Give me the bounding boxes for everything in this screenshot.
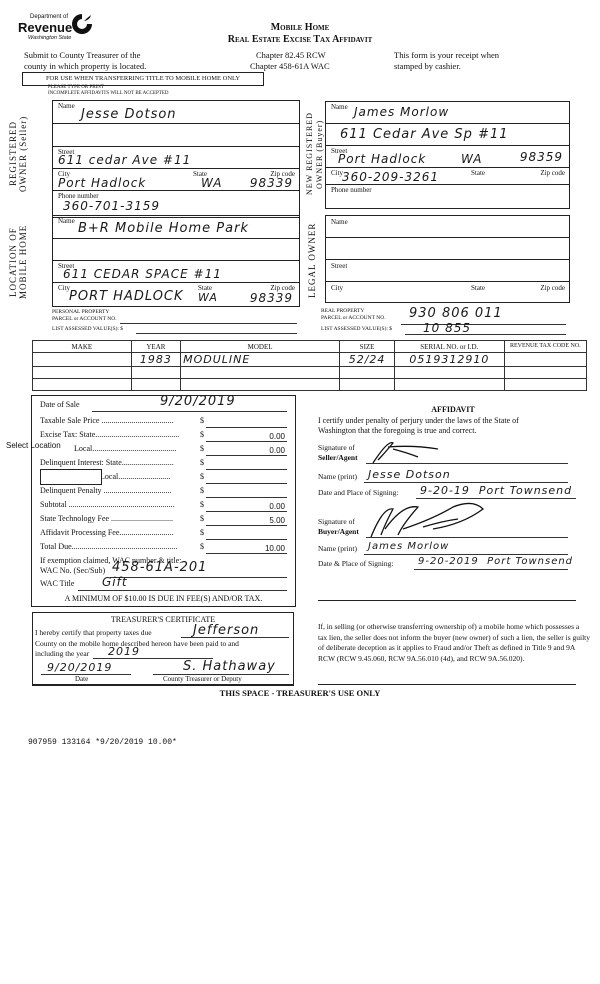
seller-date-place-field[interactable]: Date and Place of Signing: 9-20-19 Port … <box>318 486 588 500</box>
location-street-value: 611 CEDAR SPACE #11 <box>63 267 222 281</box>
warning-bottom-rule <box>318 684 576 685</box>
dor-logo: Department of Revenue Washington State <box>18 14 98 44</box>
table-row <box>33 367 587 379</box>
seller-state-value: WA <box>201 176 222 190</box>
fee-taxable-sale-price[interactable]: Taxable Sale Price .....................… <box>40 416 287 429</box>
tax-lien-warning: If, in selling (or otherwise transferrin… <box>318 622 590 664</box>
seller-line2-field[interactable] <box>53 124 299 147</box>
legal-owner-line2-field[interactable] <box>326 238 569 260</box>
fees-box: Date of Sale 9/20/2019 Taxable Sale Pric… <box>31 395 296 607</box>
buyer-street-state: WA <box>461 152 482 166</box>
mobile-home-table: MAKE YEAR MODEL SIZE SERIAL NO. or I.D. … <box>32 340 587 391</box>
title-transfer-banner: FOR USE WHEN TRANSFERRING TITLE TO MOBIL… <box>22 72 264 86</box>
logo-line2: Revenue <box>18 20 72 35</box>
location-box: Name B+R Mobile Home Park Street 611 CED… <box>52 215 300 307</box>
fee-excise-local[interactable]: Local...................................… <box>40 444 287 457</box>
buyer-city-value: 360-209-3261 <box>342 170 439 184</box>
location-line2-field[interactable] <box>53 239 299 261</box>
affidavit-section: AFFIDAVIT I certify under penalty of per… <box>318 405 588 610</box>
real-property-section: REAL PROPERTY PARCEL or ACCOUNT NO. 930 … <box>321 307 566 337</box>
seller-section-label: REGISTERED OWNER (Seller) <box>8 104 30 204</box>
seller-city-field[interactable]: City State Zip code Port Hadlock WA 9833… <box>53 169 299 191</box>
location-name-field[interactable]: Name B+R Mobile Home Park <box>53 216 299 239</box>
personal-property-section: PERSONAL PROPERTY PARCEL or ACCOUNT NO. … <box>52 309 297 337</box>
real-parcel-value: 930 806 011 <box>409 306 503 321</box>
cell-revenue-code[interactable] <box>504 353 586 367</box>
treasurer-county-value: Jefferson <box>193 623 259 638</box>
seller-signature-field[interactable]: Signature of Seller/Agent <box>318 443 568 467</box>
seller-name-print-field[interactable]: Name (print) Jesse Dotson <box>318 471 568 483</box>
treasurer-use-only: THIS SPACE - TREASURER'S USE ONLY <box>0 688 600 698</box>
buyer-phone-field[interactable]: Phone number <box>326 185 569 209</box>
seller-box: Name Jesse Dotson Street 611 cedar Ave #… <box>52 100 300 218</box>
treasurer-year-value: 2019 <box>108 645 140 658</box>
legal-owner-name-field[interactable]: Name <box>326 216 569 238</box>
affidavit-bottom-rule <box>318 600 576 601</box>
seller-zip-value: 98339 <box>250 176 293 190</box>
col-size: SIZE <box>340 341 395 353</box>
submit-note-line1: Submit to County Treasurer of the <box>24 50 140 60</box>
personal-parcel-field[interactable] <box>120 323 297 324</box>
buyer-date-place-value: 9-20-2019 Port Townsend <box>418 556 573 567</box>
seller-date-place-value: 9-20-19 Port Townsend <box>420 484 572 497</box>
buyer-city-field[interactable]: City State Zip code 360-209-3261 <box>326 168 569 185</box>
legal-owner-street-field[interactable]: Street <box>326 260 569 282</box>
fee-subtotal[interactable]: Subtotal ...............................… <box>40 500 287 513</box>
fee-total-due[interactable]: Total Due...............................… <box>40 542 287 555</box>
buyer-line2-value: 611 Cedar Ave Sp #11 <box>340 127 509 142</box>
seller-name-print-value: Jesse Dotson <box>368 468 451 481</box>
receipt-note-line1: This form is your receipt when <box>394 50 499 60</box>
cashier-stamp: 907959 133164 *9/20/2019 10.00* <box>28 738 177 747</box>
col-serial: SERIAL NO. or I.D. <box>394 341 504 353</box>
real-value-value: 10 855 <box>423 321 471 335</box>
treasurer-certificate-box: TREASURER'S CERTIFICATE I hereby certify… <box>32 612 294 686</box>
wac-title-value: Gift <box>102 575 128 589</box>
seller-street-value: 611 cedar Ave #11 <box>58 153 191 167</box>
legal-owner-city-field[interactable]: City State Zip code <box>326 282 569 304</box>
seller-phone-value: 360-701-3159 <box>63 199 160 213</box>
buyer-section-label: NEW REGISTERED OWNER (Buyer) <box>305 104 327 204</box>
table-row <box>33 379 587 391</box>
col-make: MAKE <box>33 341 132 353</box>
personal-value-field[interactable] <box>136 333 297 334</box>
cell-make[interactable] <box>33 353 132 367</box>
form-title-line2: Real Estate Excise Tax Affidavit <box>170 34 430 45</box>
wac-title-field[interactable]: WAC Title Gift <box>40 579 287 592</box>
fee-excise-state[interactable]: Excise Tax: State.......................… <box>40 430 287 443</box>
select-location-label: Select Location <box>6 441 61 450</box>
instruction-incomplete: INCOMPLETE AFFIDAVITS WILL NOT BE ACCEPT… <box>48 91 169 96</box>
col-model: MODEL <box>181 341 340 353</box>
buyer-name-print-value: James Morlow <box>368 541 449 552</box>
fee-state-technology[interactable]: State Technology Fee ...................… <box>40 514 287 527</box>
table-header-row: MAKE YEAR MODEL SIZE SERIAL NO. or I.D. … <box>33 341 587 353</box>
buyer-street-zip: 98359 <box>520 150 563 164</box>
seller-street-field[interactable]: Street 611 cedar Ave #11 <box>53 147 299 169</box>
buyer-signature-icon <box>363 499 493 539</box>
location-city-value: PORT HADLOCK <box>69 289 184 304</box>
affidavit-title: AFFIDAVIT <box>318 405 588 414</box>
cell-size[interactable]: 52/24 <box>340 353 395 367</box>
chapter-wac: Chapter 458-61A WAC <box>250 61 330 71</box>
wac-number-field[interactable]: WAC No. (Sec/Sub) 458-61A-201 <box>40 566 287 579</box>
legal-owner-box: Name Street City State Zip code <box>325 215 570 303</box>
legal-owner-section-label: LEGAL OWNER <box>307 220 321 300</box>
buyer-box: Name James Morlow 611 Cedar Ave Sp #11 S… <box>325 101 570 209</box>
cell-year[interactable]: 1983 <box>131 353 180 367</box>
buyer-signature-field[interactable]: Signature of Buyer/Agent <box>318 517 568 541</box>
cell-model[interactable]: MODULINE <box>181 353 340 367</box>
location-street-field[interactable]: Street 611 CEDAR SPACE #11 <box>53 261 299 283</box>
instruction-type-print: PLEASE TYPE OR PRINT <box>48 85 104 90</box>
location-name-value: B+R Mobile Home Park <box>78 221 249 236</box>
treasurer-date-value: 9/20/2019 <box>47 661 112 674</box>
chapter-rcw: Chapter 82.45 RCW <box>256 50 326 60</box>
buyer-name-value: James Morlow <box>354 105 449 119</box>
buyer-street-value: Port Hadlock <box>338 152 426 166</box>
treasurer-signature-value: S. Hathaway <box>183 659 276 674</box>
date-of-sale-field[interactable]: Date of Sale 9/20/2019 <box>40 400 287 413</box>
seller-name-field[interactable]: Name Jesse Dotson <box>53 101 299 124</box>
seller-signature-icon <box>363 435 453 465</box>
logo-line3: Washington State <box>28 35 71 41</box>
receipt-note-line2: stamped by cashier. <box>394 61 461 71</box>
buyer-name-print-field[interactable]: Name (print) James Morlow <box>318 543 568 555</box>
location-city-field[interactable]: City State Zip code PORT HADLOCK WA 9833… <box>53 283 299 307</box>
location-state-value: WA <box>198 291 218 304</box>
fee-affidavit-processing[interactable]: Affidavit Processing Fee................… <box>40 528 287 541</box>
dor-swirl-icon <box>70 12 94 36</box>
buyer-name-field[interactable]: Name James Morlow <box>326 102 569 124</box>
buyer-date-place-field[interactable]: Date & Place of Signing: 9-20-2019 Port … <box>318 557 588 571</box>
cell-serial[interactable]: 0519312910 <box>394 353 504 367</box>
date-of-sale-value: 9/20/2019 <box>160 394 236 409</box>
table-row: 1983 MODULINE 52/24 0519312910 <box>33 353 587 367</box>
submit-note-line2: county in which property is located. <box>24 61 146 71</box>
buyer-line2-field[interactable]: 611 Cedar Ave Sp #11 <box>326 124 569 146</box>
fee-delinquent-penalty[interactable]: Delinquent Penalty .....................… <box>40 486 287 499</box>
col-year: YEAR <box>131 341 180 353</box>
seller-phone-field[interactable]: Phone number 360-701-3159 <box>53 191 299 217</box>
seller-city-value: Port Hadlock <box>58 176 146 190</box>
location-section-label: LOCATION OF MOBILE HOME <box>8 222 30 302</box>
wac-number-value: 458-61A-201 <box>112 560 207 575</box>
buyer-street-field[interactable]: Street Port Hadlock WA 98359 <box>326 146 569 168</box>
location-select-box[interactable] <box>40 469 102 485</box>
col-revenue-tax-code: REVENUE TAX CODE NO. <box>504 341 586 353</box>
minimum-due-note: A MINIMUM OF $10.00 IS DUE IN FEE(S) AND… <box>32 594 295 603</box>
location-zip-value: 98339 <box>250 291 293 305</box>
seller-name-value: Jesse Dotson <box>81 107 177 122</box>
form-title-line1: Mobile Home <box>200 22 400 33</box>
